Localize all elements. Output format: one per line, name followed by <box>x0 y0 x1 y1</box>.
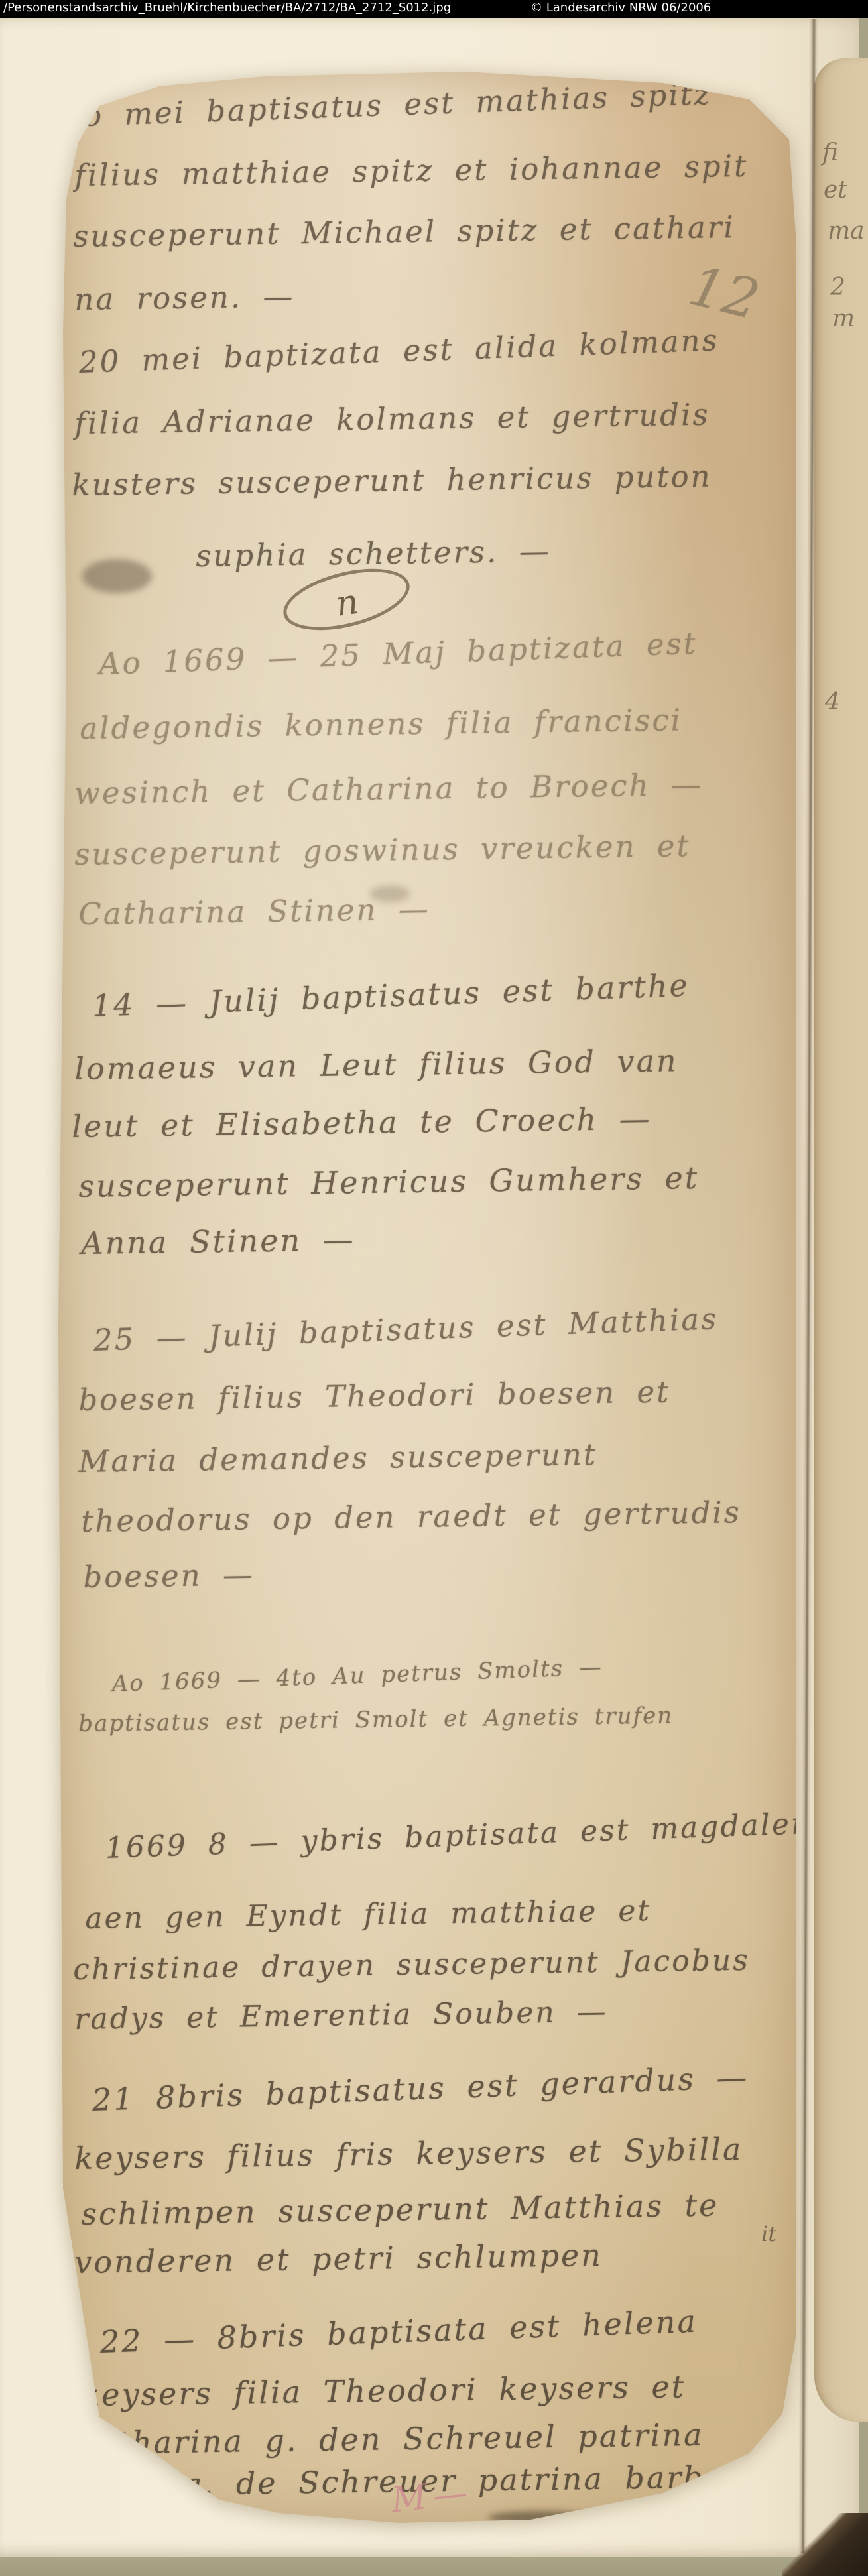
manuscript-line: christinae drayen susceperunt Jacobus <box>73 1943 750 1987</box>
manuscript-line: susceperunt goswinus vreucken et <box>74 828 691 872</box>
facing-page-edge: fi et ma 2 m 4 <box>814 58 868 2422</box>
manuscript-line: vonderen et petri schlumpen <box>74 2237 603 2280</box>
manuscript-line: baptisatus est petri Smolt et Agnetis tr… <box>78 1702 673 1737</box>
text-fragment: fi <box>822 139 838 166</box>
manuscript-line: leut et Elisabetha te Croech — <box>72 1101 652 1144</box>
manuscript-line: suphia schetters. — <box>196 534 551 574</box>
manuscript-line: 1669 8 — ybris baptisata est magdalena <box>105 1806 832 1865</box>
manuscript-line: wesinch et Catharina to Broech — <box>74 767 703 811</box>
manuscript-line: 21 8bris baptisatus est gerardus — <box>92 2059 749 2118</box>
manuscript-line: kusters susceperunt henricus puton <box>72 459 712 503</box>
manuscript-line: keysers filia Theodori keysers et <box>81 2368 686 2413</box>
edge-note: it <box>761 2221 776 2246</box>
manuscript-line: theodorus op den raedt et gertrudis <box>81 1495 741 1539</box>
manuscript-line: Ao 1669 — 25 Maj baptizata est <box>98 625 698 681</box>
manuscript-line: susceperunt Michael spitz et cathari <box>73 210 735 254</box>
ink-smudge <box>82 559 152 593</box>
book-corner <box>782 2513 868 2576</box>
manuscript-line: 20 mei baptizata est alida kolmans <box>78 322 719 380</box>
manuscript-line: aldegondis konnens filia francisci <box>80 702 682 746</box>
manuscript-line: boesen filius Theodori boesen et <box>78 1375 670 1418</box>
text-fragment: et <box>824 176 847 204</box>
manuscript-line: catharina g. den Schreuel patrina <box>78 2417 704 2461</box>
file-path-label: /Personenstandsarchiv_Bruehl/Kirchenbuec… <box>3 1 451 15</box>
text-fragment: ma <box>828 217 865 245</box>
watermark-header-bar: /Personenstandsarchiv_Bruehl/Kirchenbuec… <box>0 0 868 18</box>
manuscript-leaf: o mei baptisatus est mathias spitz filiu… <box>58 70 796 2526</box>
manuscript-line: 22 — 8bris baptisata est helena <box>99 2303 698 2360</box>
manuscript-line: schlimpen susceperunt Matthias te <box>81 2187 719 2232</box>
manuscript-line: filia Adrianae kolmans et gertrudis <box>74 397 710 441</box>
text-fragment: m <box>832 305 855 332</box>
copyright-label: © Landesarchiv NRW 06/2006 <box>530 1 711 15</box>
manuscript-line: 14 — Julij baptisatus est barthe <box>92 967 690 1024</box>
manuscript-line: na rosen. — <box>74 278 295 317</box>
manuscript-line: filius matthiae spitz et iohannae spit <box>74 149 748 193</box>
archive-scan-viewer: fi et ma 2 m 4 o mei baptisatus est math… <box>0 0 868 2576</box>
manuscript-line: lomaeus van Leut filius God van <box>74 1042 678 1087</box>
manuscript-line: keysers filius fris keysers et Sybilla <box>74 2131 743 2176</box>
manuscript-line: Maria demandes susceperunt <box>78 1437 597 1479</box>
section-mark-letter: n <box>334 582 361 625</box>
manuscript-line: aen gen Eyndt filia matthiae et <box>85 1894 651 1935</box>
manuscript-line: 25 — Julij baptisatus est Matthias <box>93 1301 719 1358</box>
manuscript-line: Ao 1669 — 4to Au petrus Smolts — <box>111 1654 603 1697</box>
manuscript-line: susceperunt Henricus Gumhers et <box>78 1160 700 1204</box>
manuscript-line: Anna Stinen — <box>81 1221 355 1261</box>
manuscript-line: radys et Emerentia Souben — <box>74 1995 608 2036</box>
ink-smudge <box>370 885 410 902</box>
archivist-red-mark: M— <box>389 2473 476 2521</box>
text-fragment: 4 <box>825 688 840 715</box>
page-number: 12 <box>683 255 765 332</box>
manuscript-line: boesen — <box>83 1557 255 1595</box>
text-fragment: 2 <box>830 274 845 301</box>
manuscript-line: o mei baptisatus est mathias spitz <box>83 76 712 133</box>
